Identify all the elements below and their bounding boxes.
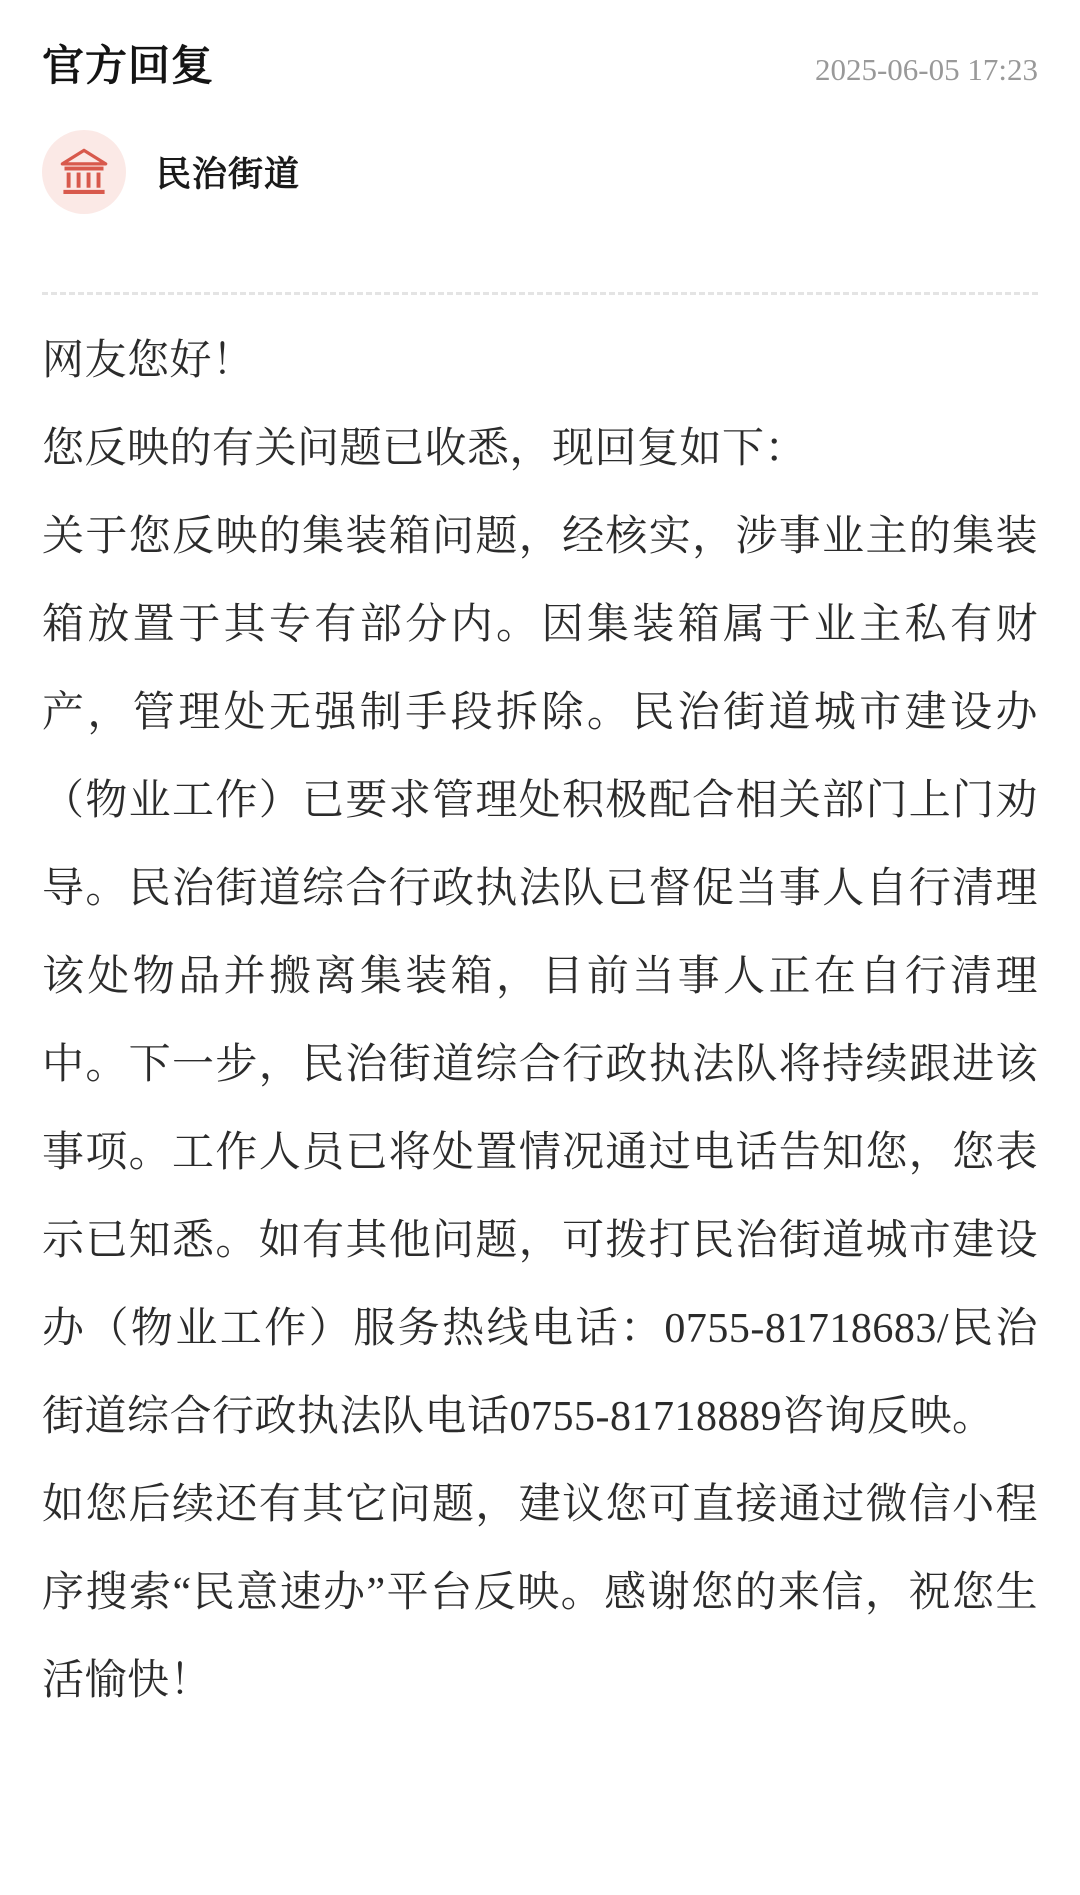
avatar [42,130,126,214]
reply-paragraph-intro: 您反映的有关问题已收悉，现回复如下： [42,405,1038,493]
author-row: 民治街道 [42,130,1038,214]
reply-timestamp: 2025-06-05 17:23 [815,48,1038,92]
author-name: 民治街道 [156,147,300,197]
official-reply-card: 官方回复 2025-06-05 17:23 民治街道 网友您好！ 您反映的有关问… [0,0,1080,1895]
reply-paragraph-closing: 如您后续还有其它问题，建议您可直接通过微信小程序搜索“民意速办”平台反映。感谢您… [42,1461,1038,1725]
reply-body: 网友您好！ 您反映的有关问题已收悉，现回复如下： 关于您反映的集装箱问题，经核实… [42,317,1038,1725]
reply-paragraph-main: 关于您反映的集装箱问题，经核实，涉事业主的集装箱放置于其专有部分内。因集装箱属于… [42,493,1038,1461]
government-building-icon [58,146,110,198]
reply-paragraph-greeting: 网友您好！ [42,317,1038,405]
page-title: 官方回复 [42,40,214,92]
reply-header: 官方回复 2025-06-05 17:23 [42,40,1038,92]
dashed-divider [42,292,1038,295]
